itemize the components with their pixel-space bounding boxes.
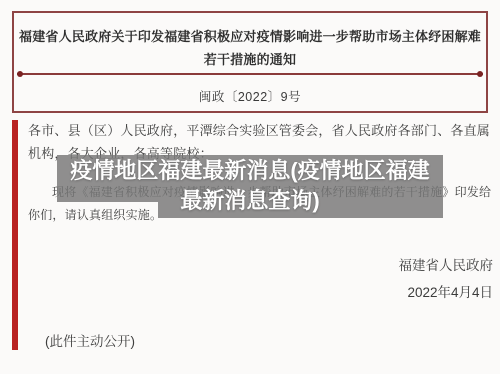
document-title: 福建省人民政府关于印发福建省积极应对疫情影响进一步帮助市场主体纾困解难若干措施的… bbox=[19, 25, 481, 71]
signature-date: 2022年4月4日 bbox=[399, 279, 494, 306]
document-title-box: 福建省人民政府关于印发福建省积极应对疫情影响进一步帮助市场主体纾困解难若干措施的… bbox=[12, 11, 488, 113]
title-divider-line bbox=[17, 73, 483, 75]
left-accent-bar bbox=[12, 120, 18, 350]
document-number: 闽政〔2022〕9号 bbox=[14, 87, 486, 105]
watermark-caption-line1: 疫情地区福建最新消息(疫情地区福建 bbox=[57, 156, 443, 186]
signature-block: 福建省人民政府 2022年4月4日 bbox=[399, 252, 494, 306]
notice-document-page: 福建省人民政府关于印发福建省积极应对疫情影响进一步帮助市场主体纾困解难若干措施的… bbox=[0, 0, 500, 374]
disclosure-note: (此件主动公开) bbox=[45, 330, 135, 350]
divider-dot-right-icon bbox=[477, 71, 483, 77]
signer-name: 福建省人民政府 bbox=[399, 252, 494, 279]
divider-dot-left-icon bbox=[17, 71, 23, 77]
